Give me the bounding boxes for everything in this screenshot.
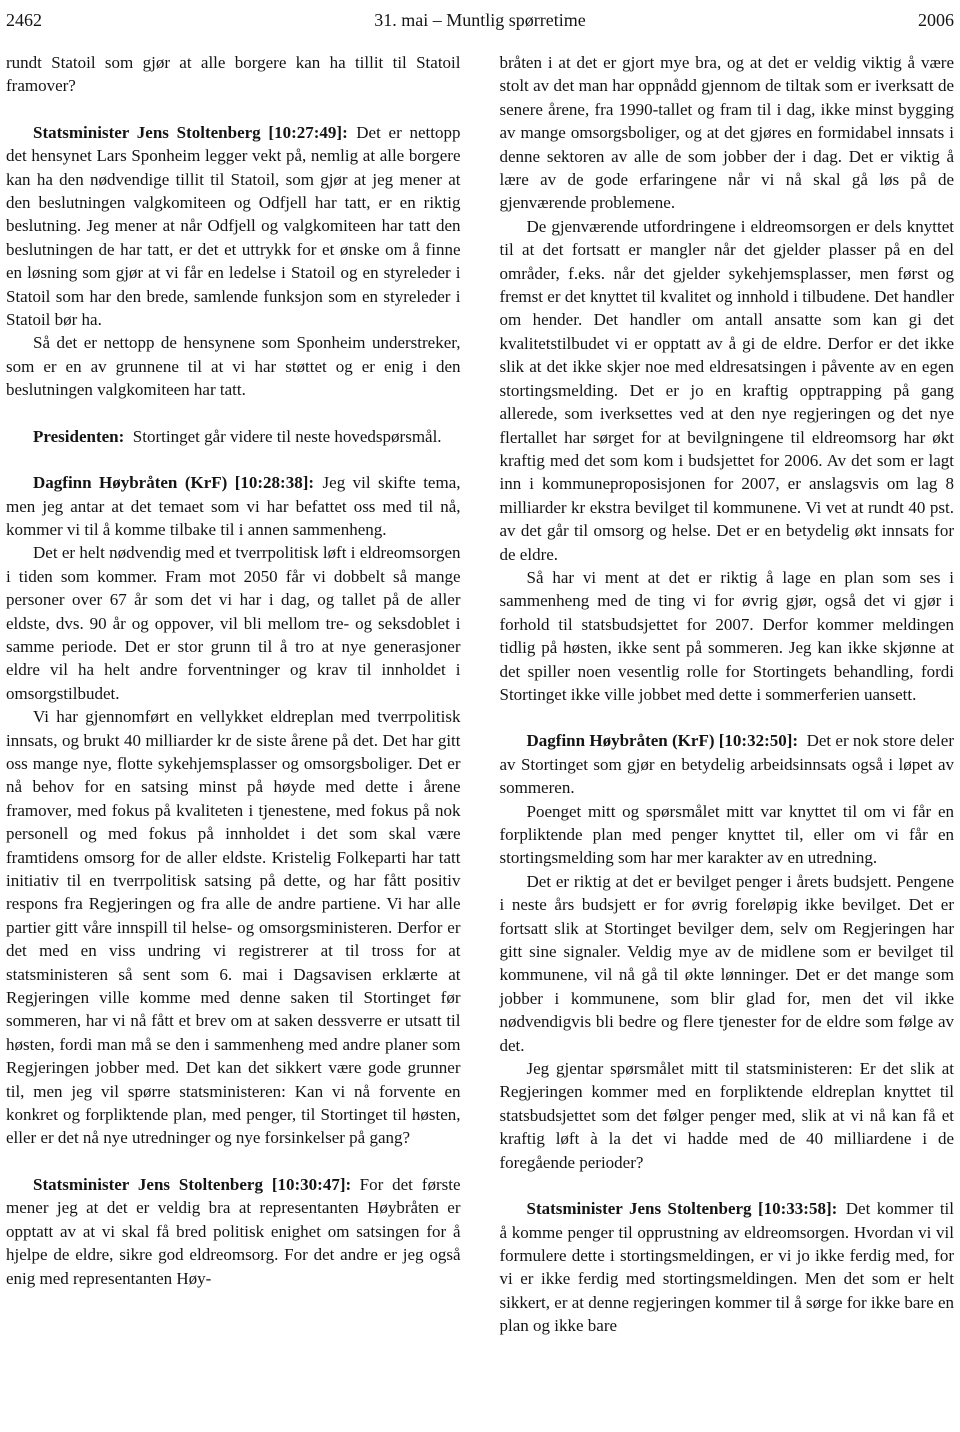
paragraph: Poenget mitt og spørsmålet mitt var knyt… xyxy=(500,800,955,870)
paragraph: Så det er nettopp de hensynene som Sponh… xyxy=(6,331,461,401)
paragraph-text: rundt Statoil som gjør at alle borgere k… xyxy=(6,53,461,95)
column-left: rundt Statoil som gjør at alle borgere k… xyxy=(6,51,461,1338)
paragraph-text: Vi har gjennomført en vellykket eldrepla… xyxy=(6,707,461,1147)
paragraph: Det er helt nødvendig med et tverrpoliti… xyxy=(6,541,461,705)
paragraph-continuation: bråten i at det er gjort mye bra, og at … xyxy=(500,51,955,215)
paragraph-text: Stortinget går videre til neste hovedspø… xyxy=(133,427,442,446)
speech-paragraph: Statsminister Jens Stoltenberg [10:30:47… xyxy=(6,1173,461,1290)
paragraph-text: Det kommer til å komme penger til opprus… xyxy=(500,1199,955,1335)
running-title: 31. mai – Muntlig spørretime xyxy=(374,9,585,31)
speech-paragraph: Dagfinn Høybråten (KrF) [10:28:38]:Jeg v… xyxy=(6,471,461,541)
page-header: 2462 31. mai – Muntlig spørretime 2006 xyxy=(6,9,954,31)
speaker-name: Presidenten: xyxy=(33,427,133,446)
paragraph: Jeg gjentar spørsmålet mitt til statsmin… xyxy=(500,1057,955,1174)
paragraph-text: Så har vi ment at det er riktig å lage e… xyxy=(500,568,955,704)
paragraph-text: Det er nettopp det hensynet Lars Sponhei… xyxy=(6,123,461,329)
paragraph-continuation: rundt Statoil som gjør at alle borgere k… xyxy=(6,51,461,98)
document-page: 2462 31. mai – Muntlig spørretime 2006 r… xyxy=(0,0,960,1432)
speech-paragraph: Statsminister Jens Stoltenberg [10:33:58… xyxy=(500,1197,955,1337)
paragraph-text: Det er helt nødvendig med et tverrpoliti… xyxy=(6,543,461,702)
paragraph: Vi har gjennomført en vellykket eldrepla… xyxy=(6,705,461,1150)
speaker-name: Statsminister Jens Stoltenberg [10:33:58… xyxy=(527,1199,846,1218)
two-column-text: rundt Statoil som gjør at alle borgere k… xyxy=(6,51,954,1338)
paragraph-text: Det er riktig at det er bevilget penger … xyxy=(500,872,955,1055)
speaker-name: Statsminister Jens Stoltenberg [10:30:47… xyxy=(33,1175,360,1194)
paragraph-text: Poenget mitt og spørsmålet mitt var knyt… xyxy=(500,802,955,868)
paragraph: Det er riktig at det er bevilget penger … xyxy=(500,870,955,1057)
year-label: 2006 xyxy=(918,9,954,31)
speaker-name: Statsminister Jens Stoltenberg [10:27:49… xyxy=(33,123,356,142)
speech-paragraph: Presidenten:Stortinget går videre til ne… xyxy=(6,425,461,448)
speaker-name: Dagfinn Høybråten (KrF) [10:28:38]: xyxy=(33,473,323,492)
paragraph-text: Jeg gjentar spørsmålet mitt til statsmin… xyxy=(500,1059,955,1172)
paragraph-text: Så det er nettopp de hensynene som Sponh… xyxy=(6,333,461,399)
speech-paragraph: Dagfinn Høybråten (KrF) [10:32:50]:Det e… xyxy=(500,729,955,799)
speaker-name: Dagfinn Høybråten (KrF) [10:32:50]: xyxy=(527,731,807,750)
column-right: bråten i at det er gjort mye bra, og at … xyxy=(500,51,955,1338)
speech-paragraph: Statsminister Jens Stoltenberg [10:27:49… xyxy=(6,121,461,332)
paragraph: De gjenværende utfordringene i eldreomso… xyxy=(500,215,955,566)
paragraph-text: bråten i at det er gjort mye bra, og at … xyxy=(500,53,955,212)
paragraph-text: De gjenværende utfordringene i eldreomso… xyxy=(500,217,955,564)
paragraph: Så har vi ment at det er riktig å lage e… xyxy=(500,566,955,706)
page-number: 2462 xyxy=(6,9,42,31)
